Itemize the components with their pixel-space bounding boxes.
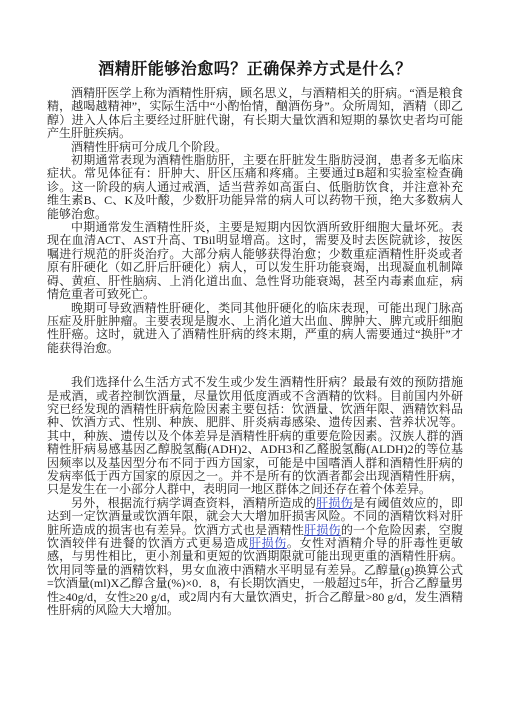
text-run: 另外，根据流行病学调查资料，酒精所造成的 — [71, 496, 316, 510]
page-title: 酒精肝能够治愈吗？正确保养方式是什么？ — [47, 60, 463, 80]
text-run: 中期通常发生酒精性肝炎，主要是短期内因饮酒所致肝细胞大量坏死。表现在血清ACT、… — [47, 220, 463, 301]
paragraph: 初期通常表现为酒精性脂肪肝，主要在肝脏发生脂肪浸润，患者多无临床症状。常见体征有… — [47, 154, 463, 221]
paragraph: 中期通常发生酒精性肝炎，主要是短期内因饮酒所致肝细胞大量坏死。表现在血清ACT、… — [47, 221, 463, 301]
paragraph: 晚期可导致酒精性肝硬化，类同其他肝硬化的临床表现，可能出现门脉高压症及肝脏肿瘤。… — [47, 302, 463, 356]
liver-damage-link[interactable]: 肝损伤 — [304, 523, 341, 537]
paragraph: 另外，根据流行病学调查资料，酒精所造成的肝损伤是有阈值效应的，即达到一定饮酒量或… — [47, 497, 463, 618]
liver-damage-link[interactable]: 肝损伤 — [316, 496, 353, 510]
liver-damage-link[interactable]: 肝损伤 — [249, 536, 287, 550]
text-run: 酒精肝医学上称为酒精性肝病，顾名思义，与酒精相关的肝病。“酒是粮食精，越喝越精神… — [47, 86, 463, 140]
paragraph: 酒精肝医学上称为酒精性肝病，顾名思义，与酒精相关的肝病。“酒是粮食精，越喝越精神… — [47, 87, 463, 141]
text-run: 我们选择什么生活方式不发生或少发生酒精性肝病？最最有效的预防措施是戒酒，或者控制… — [47, 375, 463, 496]
blank-line — [47, 355, 463, 376]
text-run: 晚期可导致酒精性肝硬化，类同其他肝硬化的临床表现，可能出现门脉高压症及肝脏肿瘤。… — [47, 301, 463, 355]
document-page: 酒精肝能够治愈吗？正确保养方式是什么？ 酒精肝医学上称为酒精性肝病，顾名思义，与… — [0, 0, 508, 720]
text-run: 。女性对酒精介导的肝毒性更敏感，与男性相比，更小剂量和更短的饮酒期限就可能出现更… — [47, 536, 463, 617]
paragraph: 我们选择什么生活方式不发生或少发生酒精性肝病？最最有效的预防措施是戒酒，或者控制… — [47, 376, 463, 497]
text-run: 酒精性肝病可分成几个阶段。 — [71, 140, 227, 154]
text-run: 初期通常表现为酒精性脂肪肝，主要在肝脏发生脂肪浸润，患者多无临床症状。常见体征有… — [47, 153, 463, 221]
document-body: 酒精肝医学上称为酒精性肝病，顾名思义，与酒精相关的肝病。“酒是粮食精，越喝越精神… — [47, 87, 463, 617]
